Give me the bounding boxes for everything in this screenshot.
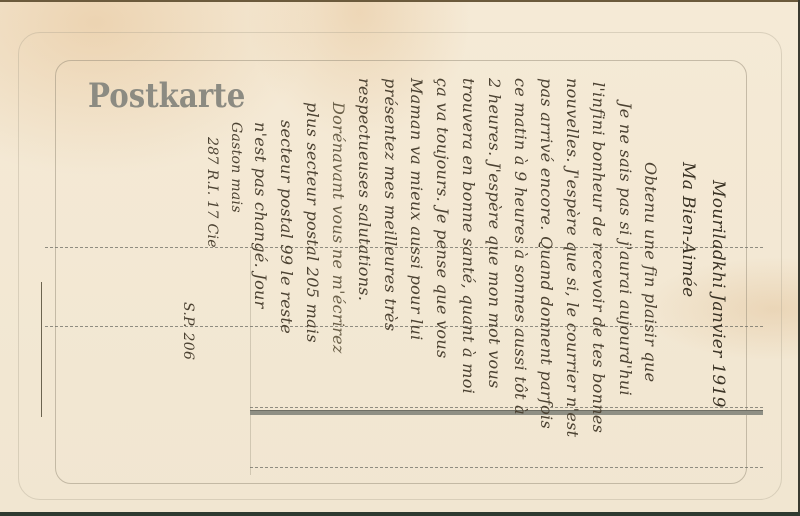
handwriting-line: Dorénavant vous ne m'écrirez — [329, 102, 348, 354]
handwriting-line: présentez mes meilleures très — [381, 78, 400, 331]
handwriting-line: n'est pas changé. Jour — [251, 122, 270, 309]
left-margin-rule — [41, 282, 42, 417]
handwriting-line: 287 R.I. 17 Cie — [204, 137, 220, 248]
handwriting-line: 2 heures. J'espère que mon mot vous — [485, 78, 504, 389]
handwriting-line: Maman va mieux aussi pour lui — [407, 78, 426, 340]
handwriting-place-date: Mouriladkhi Janvier 1919 — [708, 180, 728, 408]
handwriting-line: Obtenu une fin plaisir que — [641, 162, 660, 382]
handwriting-line: respectueuses salutations. — [355, 78, 374, 301]
handwriting-line: S.P. 206 — [180, 302, 196, 360]
postcard: Postkarte Mouriladkhi Janvier 1919 Ma Bi… — [0, 0, 798, 514]
handwriting-line: Gaston mais — [228, 122, 244, 213]
address-line-4 — [250, 467, 763, 468]
handwriting-line: ce matin à 9 heures à sonnes aussi tôt à — [511, 78, 530, 415]
handwriting-line: pas arrivé encore. Quand donnent parfois — [537, 78, 556, 429]
handwriting-salutation: Ma Bien-Aimée — [678, 162, 698, 297]
handwriting-line: l'infini bonheur de recevoir de tes bonn… — [589, 82, 608, 433]
postkarte-title: Postkarte — [88, 76, 245, 116]
handwriting-line: nouvelles. J'espère que si, le courrier … — [563, 78, 582, 437]
handwriting-line: trouvera en bonne santé, quant à moi — [459, 78, 478, 394]
handwriting-line: Je ne sais pas si j'aurai aujourd'hui — [616, 102, 635, 396]
handwriting-line: plus secteur postal 205 mais — [303, 102, 322, 343]
scan-edge — [0, 512, 800, 516]
handwriting-line: ça va toujours. Je pense que vous — [433, 78, 452, 359]
address-line-3 — [250, 407, 763, 408]
address-divider-bar — [250, 410, 763, 415]
handwriting-line: secteur postal 99 le reste — [277, 120, 296, 334]
